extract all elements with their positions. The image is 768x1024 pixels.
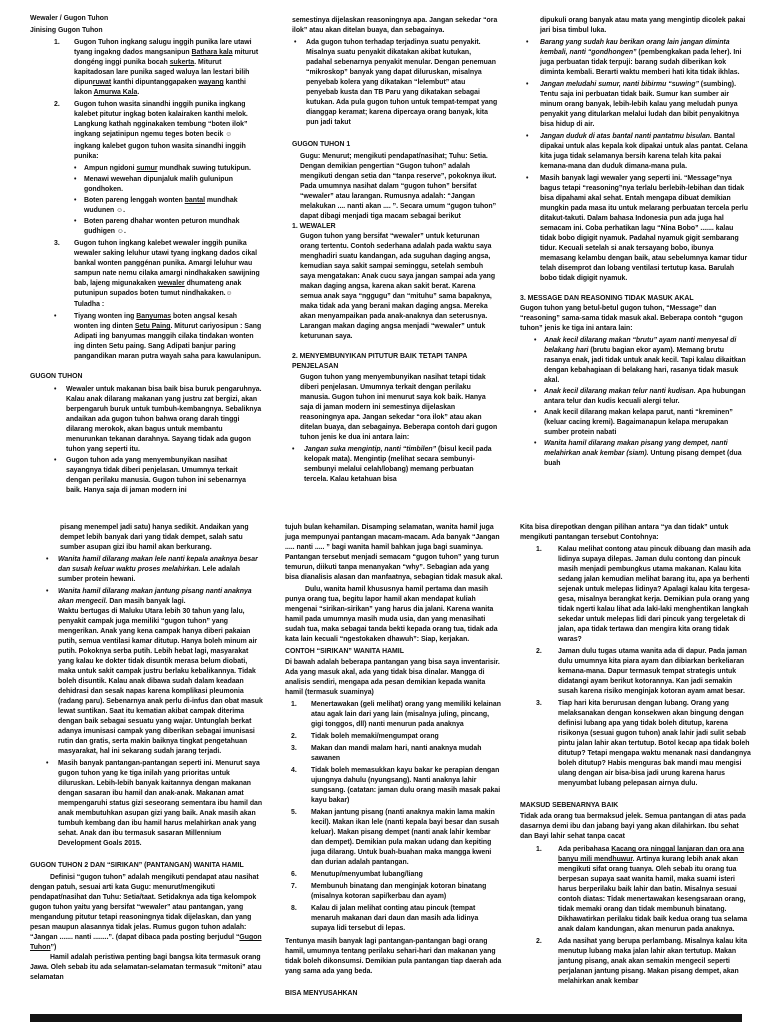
list-number: 6. [291,870,311,880]
heading-message-reasoning: 3. MESSAGE DAN REASONING TIDAK MASUK AKA… [520,294,748,304]
list-item: •Wanita hamil dilarang makan lele nanti … [30,555,265,585]
heading-gugon-tuhon-1: GUGON TUHON 1 [292,140,498,150]
list-item-text: Ada gugon tuhon terhadap terjadinya suat… [306,38,498,128]
list-number: 3. [54,239,74,299]
document-page: Wewaler / Gugon TuhonJinising Gugon Tuho… [0,0,768,1024]
list-item: 3.Gugon tuhon ingkang kalebet wewaler in… [30,239,262,299]
column-top-middle: semestinya dijelaskan reasoningnya apa. … [292,16,498,485]
list-item: 3.Tiap hari kita berurusan dengan lubang… [520,699,752,789]
paragraph: Gugon tuhon yang betul-betul gugon tuhon… [520,304,748,334]
list-item-text: Ada nasihat yang berupa perlambang. Misa… [558,937,752,987]
bullet-marker: • [294,38,306,128]
list-item: •Wanita hamil dilarang makan jantung pis… [30,587,265,607]
list-item-text: Boten pareng dhahar wonten peturon mundh… [84,217,262,237]
list-item: •Anak kecil dilarang makan “brutu” ayam … [520,336,748,386]
bullet-marker: • [526,132,540,172]
list-item-text: Ada peribahasa Kacang ora ninggal lanjar… [558,845,752,935]
list-item: •Ada gugon tuhon terhadap terjadinya sua… [292,38,498,128]
list-item: •Jangan suka mengintip, nanti “timbilen”… [292,445,498,485]
list-item: 8.Kalau di jalan melihat conting atau pi… [285,904,503,934]
list-item-text: Kalau melihat contong atau pincuk dibuan… [558,545,752,645]
paragraph: semestinya dijelaskan reasoningnya apa. … [292,16,498,36]
list-item: •Anak kecil dilarang makan telur nanti k… [520,387,748,407]
list-item: 1.Menertawakan (geli melihat) orang yang… [285,700,503,730]
list-item-text: Wanita hamil dilarang makan jantung pisa… [58,587,265,607]
list-number: 7. [291,882,311,902]
doc-subtitle: Jinising Gugon Tuhon [30,26,262,36]
list-item-text: Anak kecil dilarang makan “brutu” ayam n… [544,336,748,386]
list-item: 2.Tidak boleh memaki/mengumpat orang [285,732,503,742]
list-item: 1.Kalau melihat contong atau pincuk dibu… [520,545,752,645]
list-item: •Gugon tuhon ada yang menyembunyikan nas… [30,456,262,496]
heading-wewaler: 1. WEWALER [292,222,498,232]
heading-bisa-menyusahkan: BISA MENYUSAHKAN [285,989,503,999]
list-number: 3. [536,699,558,789]
list-item-text: Wewaler untuk makanan bisa baik bisa bur… [66,385,262,455]
list-item-text: Jangan suka mengintip, nanti “timbilen” … [304,445,498,485]
doc-title: Wewaler / Gugon Tuhon [30,14,262,24]
list-item: •Masih banyak pantangan-pantangan sepert… [30,759,265,849]
bullet-marker: • [292,445,304,485]
list-item-text: Anak kecil dilarang makan kelapa parut, … [544,408,748,438]
list-number: 3. [291,744,311,764]
list-item-text: Makan jantung pisang (nanti anaknya maki… [311,808,503,868]
list-item-text: Gugon Tuhon ingkang salugu inggih punika… [74,38,262,98]
paragraph: Waktu bertugas di Maluku Utara lebih 30 … [58,607,265,757]
list-item: •Tiyang wonten ing Banyumas boten angsal… [30,312,262,362]
list-item-text: Ampun ngidoni sumur mundhak suwing tutuk… [84,164,262,174]
heading-gugon-tuhon: GUGON TUHON [30,372,262,382]
bullet-marker: • [534,408,544,438]
list-number: 1. [536,845,558,935]
list-item-text: Barang yang sudah kau berikan orang lain… [540,38,748,78]
list-item-text: Anak kecil dilarang makan telur nanti ku… [544,387,748,407]
bullet-marker: • [54,456,66,496]
list-item: 2.Ada nasihat yang berupa perlambang. Mi… [520,937,752,987]
list-item: •Ampun ngidoni sumur mundhak suwing tutu… [30,164,262,174]
next-page-edge [30,1014,742,1022]
list-number: 2. [54,100,74,140]
bullet-marker: • [526,38,540,78]
list-item: •Wanita hamil dilarang makan pisang yang… [520,439,748,469]
list-item-text: Wanita hamil dilarang makan pisang yang … [544,439,748,469]
bullet-marker: • [526,80,540,130]
bullet-marker: • [74,175,84,195]
list-number: 2. [536,647,558,697]
list-item: •Boten pareng dhahar wonten peturon mund… [30,217,262,237]
list-item-text: Jangan duduk di atas bantal nanti pantat… [540,132,748,172]
list-item: 2.Gugon tuhon wasita sinandhi inggih pun… [30,100,262,140]
paragraph: ingkang kalebet gugon tuhon wasita sinan… [74,142,262,162]
bullet-marker: • [74,164,84,174]
paragraph: Definisi “gugon tuhon” adalah mengikuti … [30,873,265,953]
paragraph: Di bawah adalah beberapa pantangan yang … [285,658,503,698]
list-item: •Boten pareng lenggah wonten bantal mund… [30,196,262,216]
list-item: •Jangan duduk di atas bantal nanti panta… [520,132,748,172]
heading-gugon-tuhon-2-sirikan: GUGON TUHON 2 DAN “SIRIKAN” (PANTANGAN) … [30,861,265,871]
list-item-text: Tiyang wonten ing Banyumas boten angsal … [74,312,262,362]
list-item-text: Wanita hamil dilarang makan lele nanti k… [58,555,265,585]
paragraph: Hamil adalah peristiwa penting bagi bang… [30,953,265,983]
list-number: 2. [291,732,311,742]
bullet-marker: • [526,174,540,284]
list-item: •Menawi wewehan dipunjaluk malih gulunip… [30,175,262,195]
list-item: 7.Membunuh binatang dan menginjak kotora… [285,882,503,902]
list-number: 1. [291,700,311,730]
list-item: 1.Gugon Tuhon ingkang salugu inggih puni… [30,38,262,98]
paragraph: Gugu: Menurut; mengikuti pendapat/nasiha… [300,152,498,222]
list-number: 8. [291,904,311,934]
bullet-marker: • [46,587,58,607]
list-item-text: Membunuh binatang dan menginjak kotoran … [311,882,503,902]
list-item: 6.Menutup/menyumbat lubang/liang [285,870,503,880]
list-number: 5. [291,808,311,868]
list-item: •Barang yang sudah kau berikan orang lai… [520,38,748,78]
list-item-text: Jaman dulu tugas utama wanita ada di dap… [558,647,752,697]
list-item-text: Gugon tuhon ingkang kalebet wewaler ingg… [74,239,262,299]
list-number: 4. [291,766,311,806]
paragraph: Dulu, wanita hamil khususnya hamil perta… [285,585,503,645]
list-item-text: Tiap hari kita berurusan dengan lubang. … [558,699,752,789]
heading-menyembunyikan-pitutur: 2. MENYEMBUNYIKAN PITUTUR BAIK TETAPI TA… [292,352,498,372]
list-item-text: Jangan meludahi sumur, nanti bibirmu “su… [540,80,748,130]
list-item: 2.Jaman dulu tugas utama wanita ada di d… [520,647,752,697]
list-item-text: Makan dan mandi malam hari, nanti anakny… [311,744,503,764]
list-number: 2. [536,937,558,987]
column-bottom-middle: tujuh bulan kehamilan. Disamping selamat… [285,523,503,999]
paragraph: pisang menempel jadi satu) hanya sedikit… [60,523,265,553]
list-item: 4.Tidak boleh memasukkan kayu bakar ke p… [285,766,503,806]
bullet-marker: • [534,336,544,386]
list-item: 1.Ada peribahasa Kacang ora ninggal lanj… [520,845,752,935]
list-item-text: Menutup/menyumbat lubang/liang [311,870,503,880]
list-number: 1. [536,545,558,645]
list-item-text: Menawi wewehan dipunjaluk malih gulunipu… [84,175,262,195]
list-item: 5.Makan jantung pisang (nanti anaknya ma… [285,808,503,868]
bullet-marker: • [46,555,58,585]
column-bottom-right: Kita bisa direpotkan dengan pilihan anta… [520,523,752,987]
bullet-marker: • [54,312,74,362]
paragraph: dipukuli orang banyak atau mata yang men… [540,16,748,36]
paragraph: Gugon tuhon yang menyembunyikan nasihat … [300,373,498,443]
list-item: •Jangan meludahi sumur, nanti bibirmu “s… [520,80,748,130]
list-item-text: Gugon tuhon ada yang menyembunyikan nasi… [66,456,262,496]
list-item-text: Tidak boleh memaki/mengumpat orang [311,732,503,742]
list-number: 1. [54,38,74,98]
paragraph: Tidak ada orang tua bermaksud jelek. Sem… [520,812,752,842]
bullet-marker: • [74,196,84,216]
heading-contoh-sirikan: CONTOH “SIRIKAN” WANITA HAMIL [285,647,503,657]
list-item-text: Masih banyak pantangan-pantangan seperti… [58,759,265,849]
list-item: •Anak kecil dilarang makan kelapa parut,… [520,408,748,438]
list-item-text: Masih banyak lagi wewaler yang seperti i… [540,174,748,284]
list-item: 3.Makan dan mandi malam hari, nanti anak… [285,744,503,764]
paragraph: Tuladha : [74,300,262,310]
heading-maksud-sebenarnya-baik: MAKSUD SEBENARNYA BAIK [520,801,752,811]
paragraph: Kita bisa direpotkan dengan pilihan anta… [520,523,752,543]
list-item-text: Boten pareng lenggah wonten bantal mundh… [84,196,262,216]
paragraph: tujuh bulan kehamilan. Disamping selamat… [285,523,503,583]
list-item: •Wewaler untuk makanan bisa baik bisa bu… [30,385,262,455]
column-top-left: Wewaler / Gugon TuhonJinising Gugon Tuho… [30,14,262,496]
bullet-marker: • [54,385,66,455]
paragraph: Tentunya masih banyak lagi pantangan-pan… [285,937,503,977]
column-top-right: dipukuli orang banyak atau mata yang men… [520,16,748,469]
paragraph: Gugon tuhon yang bersifat “wewaler” untu… [300,232,498,342]
list-item-text: Kalau di jalan melihat conting atau pinc… [311,904,503,934]
list-item-text: Gugon tuhon wasita sinandhi inggih punik… [74,100,262,140]
list-item-text: Tidak boleh memasukkan kayu bakar ke per… [311,766,503,806]
bullet-marker: • [534,387,544,407]
column-bottom-left: pisang menempel jadi satu) hanya sedikit… [30,523,265,983]
list-item-text: Menertawakan (geli melihat) orang yang m… [311,700,503,730]
list-item: •Masih banyak lagi wewaler yang seperti … [520,174,748,284]
bullet-marker: • [46,759,58,849]
bullet-marker: • [74,217,84,237]
bullet-marker: • [534,439,544,469]
